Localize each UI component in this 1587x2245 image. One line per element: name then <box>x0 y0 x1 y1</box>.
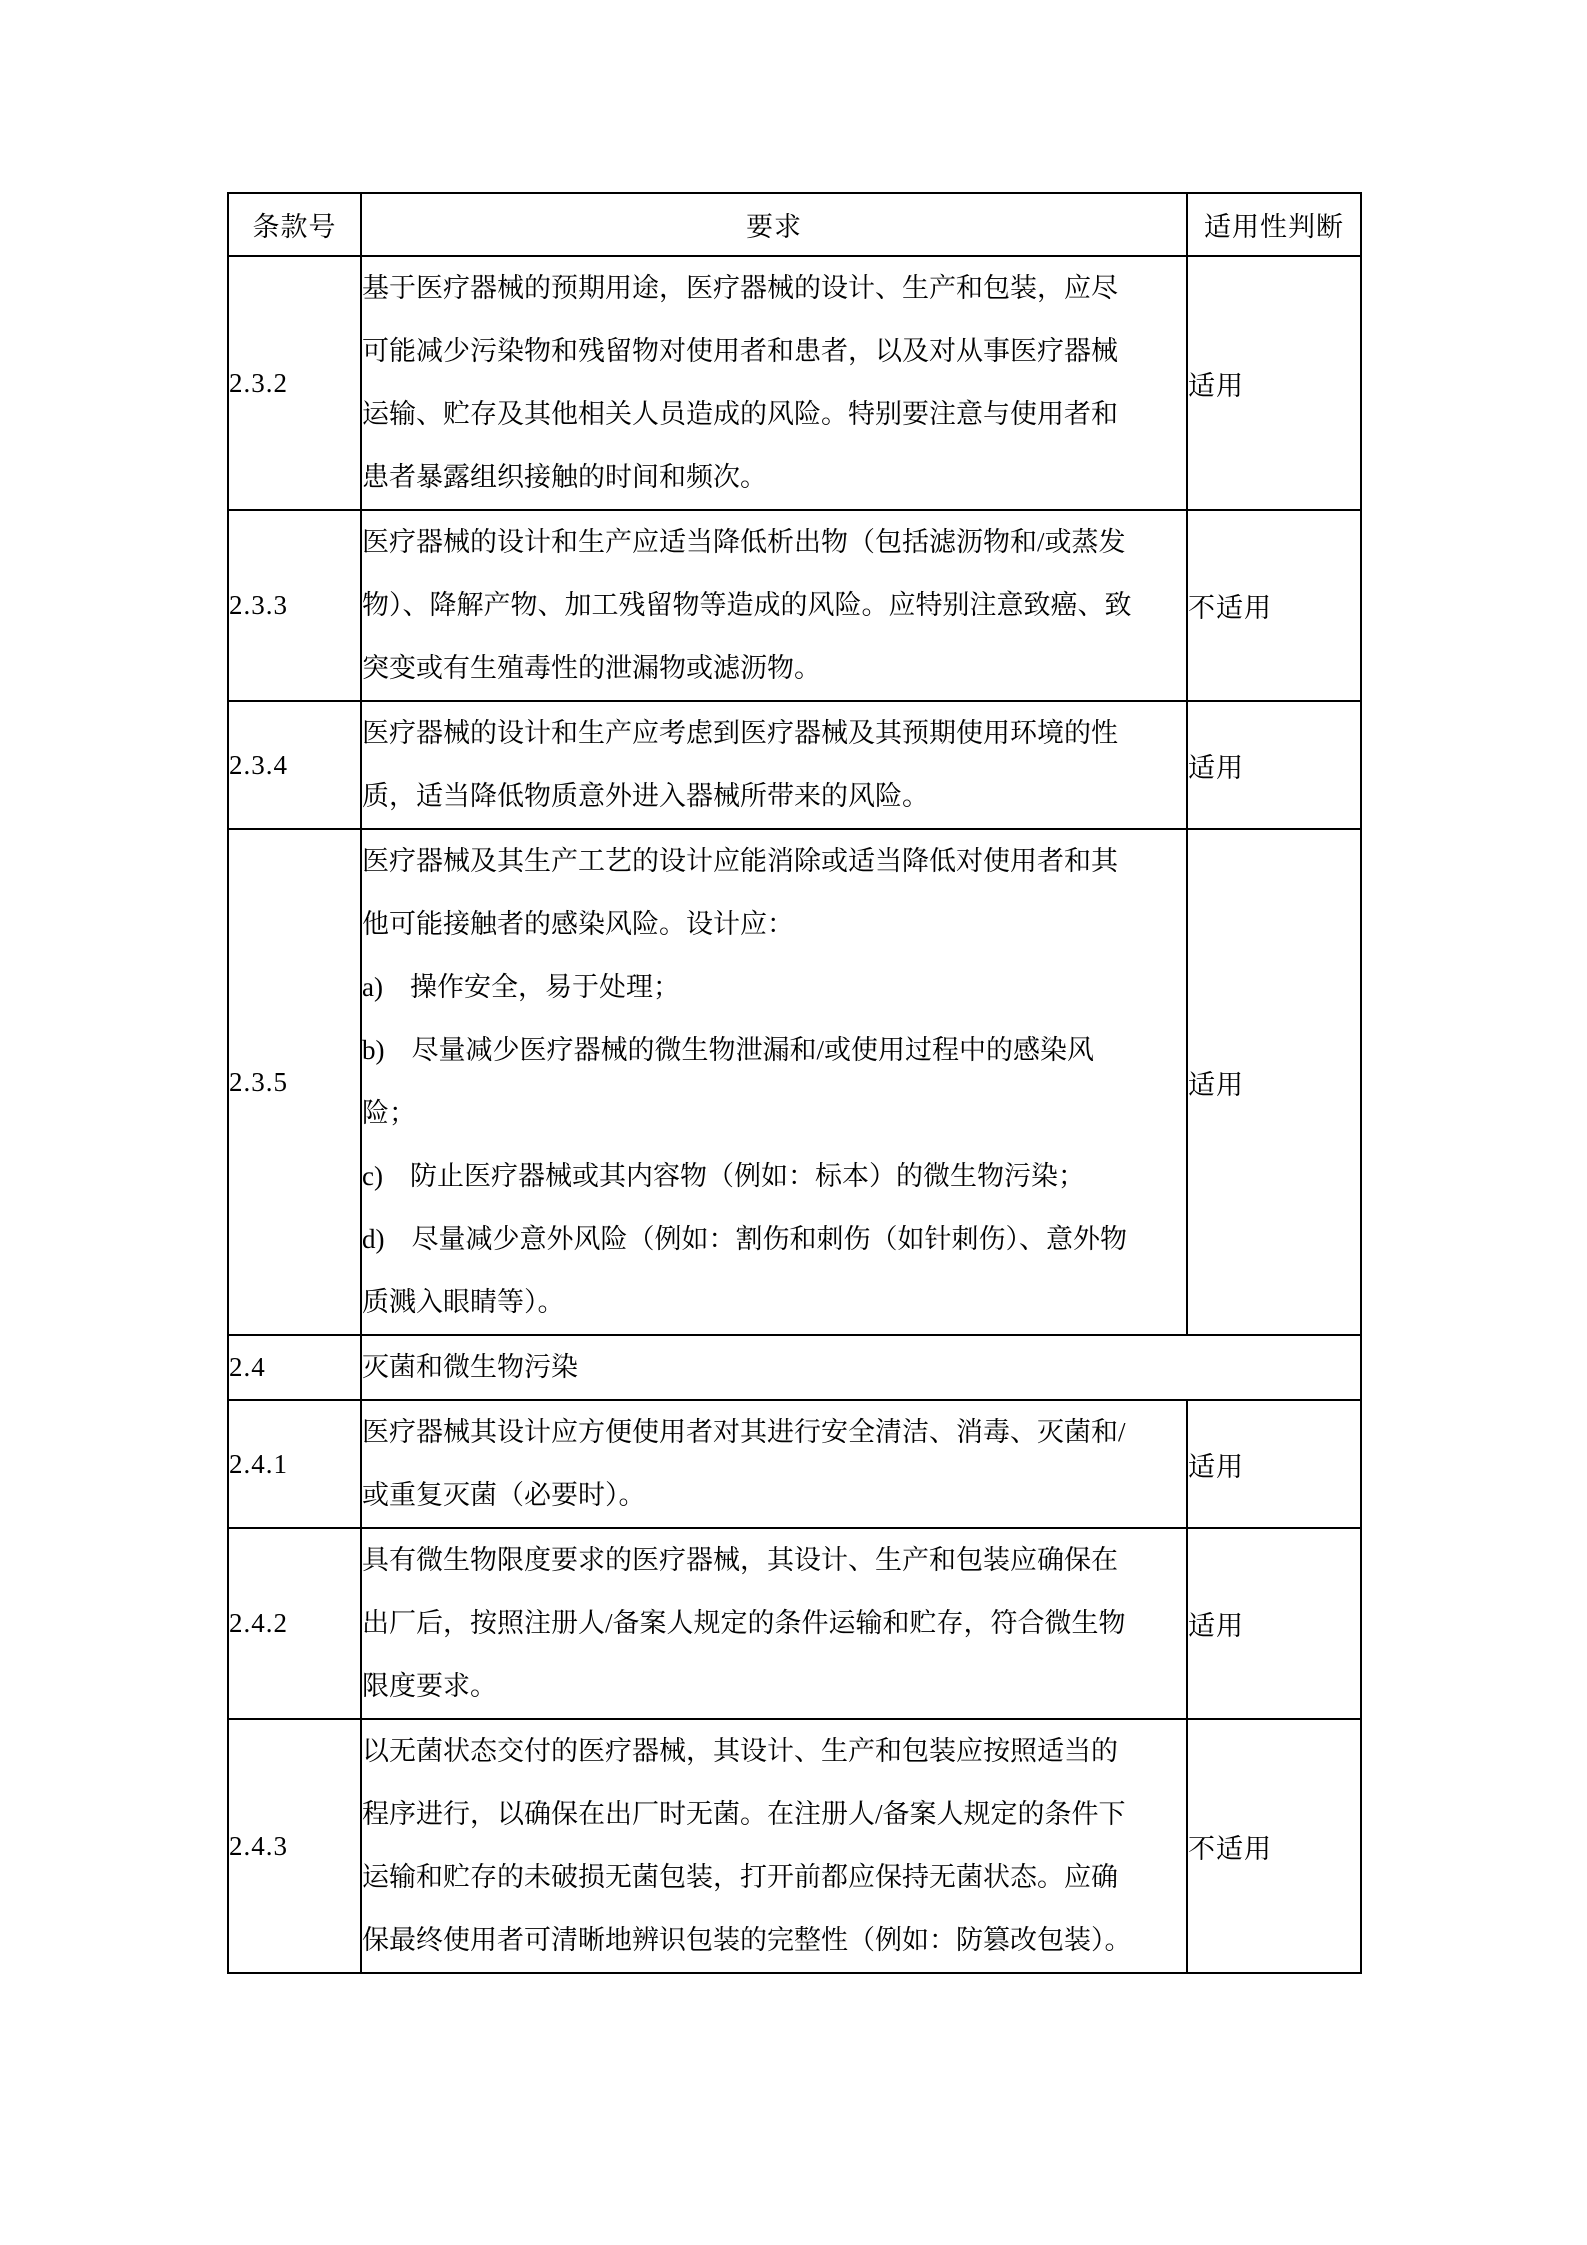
clause-number-cell: 2.3.3 <box>228 510 361 701</box>
applicability-verdict: 适用 <box>1187 701 1361 829</box>
table-row: 2.4.2 具有微生物限度要求的医疗器械，其设计、生产和包装应确保在 出厂后，按… <box>228 1528 1361 1719</box>
requirement-text: 医疗器械的设计和生产应适当降低析出物（包括滤沥物和/或蒸发 物）、降解产物、加工… <box>361 510 1187 701</box>
table-row: 2.4.1 医疗器械其设计应方便使用者对其进行安全清洁、消毒、灭菌和/ 或重复灭… <box>228 1400 1361 1528</box>
applicability-column-header: 适用性判断 <box>1187 193 1361 256</box>
requirement-text: 基于医疗器械的预期用途，医疗器械的设计、生产和包装，应尽 可能减少污染物和残留物… <box>361 256 1187 510</box>
clause-number-cell: 2.3.2 <box>228 256 361 510</box>
applicability-verdict: 适用 <box>1187 829 1361 1335</box>
table-row: 2.3.5 医疗器械及其生产工艺的设计应能消除或适当降低对使用者和其 他可能接触… <box>228 829 1361 1335</box>
table-row: 2.4.3 以无菌状态交付的医疗器械，其设计、生产和包装应按照适当的 程序进行，… <box>228 1719 1361 1973</box>
clause-number-cell: 2.3.5 <box>228 829 361 1335</box>
applicability-verdict: 适用 <box>1187 256 1361 510</box>
clause-number-cell: 2.3.4 <box>228 701 361 829</box>
clause-number-cell: 2.4.1 <box>228 1400 361 1528</box>
section-title-cell: 灭菌和微生物污染 <box>361 1335 1361 1400</box>
table-row: 2.3.2 基于医疗器械的预期用途，医疗器械的设计、生产和包装，应尽 可能减少污… <box>228 256 1361 510</box>
applicability-verdict: 适用 <box>1187 1528 1361 1719</box>
clause-number-cell: 2.4.2 <box>228 1528 361 1719</box>
requirement-text: 医疗器械的设计和生产应考虑到医疗器械及其预期使用环境的性 质，适当降低物质意外进… <box>361 701 1187 829</box>
document-page: 条款号 要求 适用性判断 2.3.2 基于医疗器械的预期用途，医疗器械的设计、生… <box>0 0 1587 2245</box>
table-row: 2.3.4 医疗器械的设计和生产应考虑到医疗器械及其预期使用环境的性 质，适当降… <box>228 701 1361 829</box>
applicability-verdict: 不适用 <box>1187 1719 1361 1973</box>
requirement-text: 医疗器械及其生产工艺的设计应能消除或适当降低对使用者和其 他可能接触者的感染风险… <box>361 829 1187 1335</box>
applicability-verdict: 不适用 <box>1187 510 1361 701</box>
requirement-text: 医疗器械其设计应方便使用者对其进行安全清洁、消毒、灭菌和/ 或重复灭菌（必要时）… <box>361 1400 1187 1528</box>
clause-number-cell: 2.4 <box>228 1335 361 1400</box>
requirement-text: 以无菌状态交付的医疗器械，其设计、生产和包装应按照适当的 程序进行，以确保在出厂… <box>361 1719 1187 1973</box>
clause-number-cell: 2.4.3 <box>228 1719 361 1973</box>
requirement-column-header: 要求 <box>361 193 1187 256</box>
applicability-table: 条款号 要求 适用性判断 2.3.2 基于医疗器械的预期用途，医疗器械的设计、生… <box>227 192 1362 1974</box>
applicability-verdict: 适用 <box>1187 1400 1361 1528</box>
table-row: 2.3.3 医疗器械的设计和生产应适当降低析出物（包括滤沥物和/或蒸发 物）、降… <box>228 510 1361 701</box>
clause-column-header: 条款号 <box>228 193 361 256</box>
requirement-text: 具有微生物限度要求的医疗器械，其设计、生产和包装应确保在 出厂后，按照注册人/备… <box>361 1528 1187 1719</box>
table-header-row: 条款号 要求 适用性判断 <box>228 193 1361 256</box>
table-row-section: 2.4 灭菌和微生物污染 <box>228 1335 1361 1400</box>
